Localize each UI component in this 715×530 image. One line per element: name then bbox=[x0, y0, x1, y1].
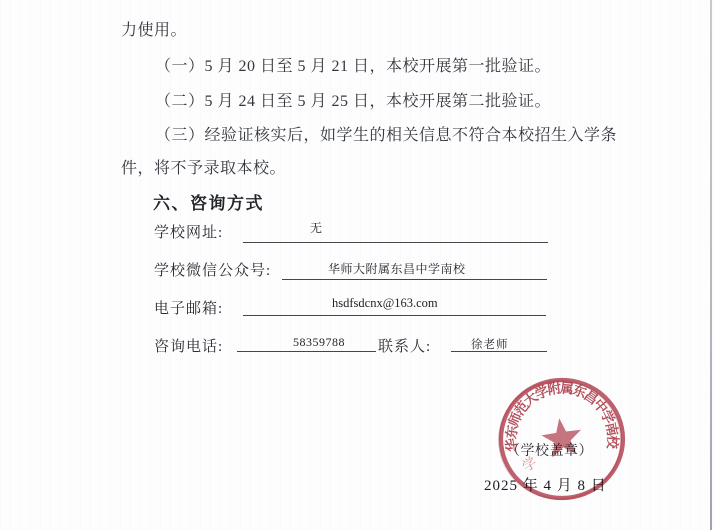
field-value-phone: 58359788 bbox=[293, 335, 345, 350]
field-label-school-website: 学校网址: bbox=[154, 221, 223, 242]
field-label-phone: 咨询电话: bbox=[154, 335, 223, 356]
section-heading: 六、咨询方式 bbox=[153, 189, 264, 214]
field-value-email: hsdfsdcnx@163.com bbox=[332, 296, 438, 311]
fill-in-underline bbox=[243, 315, 546, 316]
field-value-contact-person: 徐老师 bbox=[471, 336, 509, 352]
paragraph-line: （二）5 月 24 日至 5 月 25 日，本校开展第二批验证。 bbox=[155, 88, 551, 111]
field-label-contact-person: 联系人: bbox=[378, 335, 431, 356]
page-edge-line bbox=[710, 0, 712, 530]
field-value-school-website: 无 bbox=[310, 219, 323, 236]
fill-in-underline bbox=[282, 279, 547, 280]
fill-in-underline bbox=[451, 351, 547, 352]
paragraph-line: （一）5 月 20 日至 5 月 21 日，本校开展第一批验证。 bbox=[155, 53, 551, 76]
fill-in-underline bbox=[243, 242, 548, 243]
field-label-email: 电子邮箱: bbox=[154, 297, 223, 318]
fill-in-underline bbox=[237, 351, 376, 352]
document-date: 2025 年 4 月 8 日 bbox=[484, 474, 607, 495]
paragraph-line: 件，将不予录取本校。 bbox=[121, 155, 286, 178]
field-label-wechat-account: 学校微信公众号: bbox=[154, 259, 271, 280]
seal-caption: （学校盖章） bbox=[506, 440, 593, 460]
field-value-wechat-account: 华师大附属东昌中学南校 bbox=[328, 260, 466, 277]
paragraph-line: 力使用。 bbox=[121, 17, 187, 40]
document-page: 力使用。 （一）5 月 20 日至 5 月 21 日，本校开展第一批验证。 （二… bbox=[0, 0, 715, 530]
paragraph-line: （三）经验证核实后，如学生的相关信息不符合本校招生入学条 bbox=[155, 122, 617, 145]
